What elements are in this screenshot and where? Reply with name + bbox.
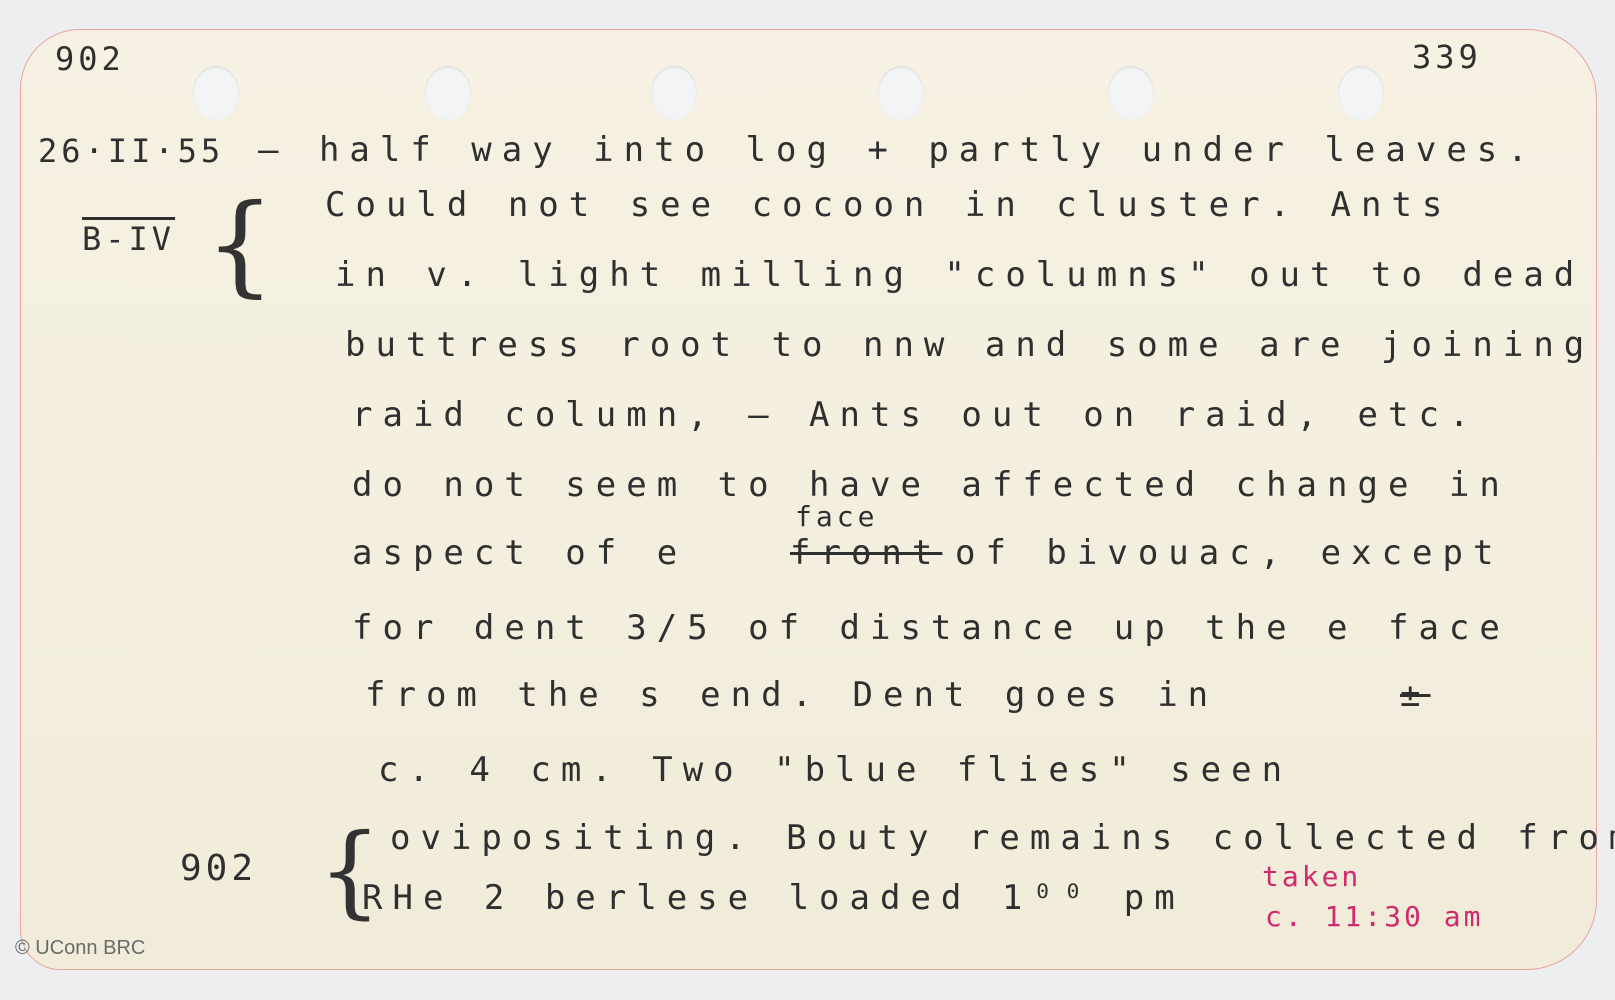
punch-hole	[425, 66, 471, 120]
copyright-credit: © UConn BRC	[15, 937, 145, 960]
punch-hole	[651, 66, 697, 120]
punch-hole	[878, 66, 924, 120]
note-line-8: for dent 3/5 of distance up the e face	[352, 608, 1510, 648]
note-line-7b: of bivouac, except	[955, 533, 1503, 573]
red-annotation-line-1: taken	[1262, 860, 1361, 893]
note-line-1: — half way into log + partly under leave…	[258, 130, 1538, 170]
note-line-5: raid column, — Ants out on raid, etc.	[352, 395, 1479, 435]
brace-icon: {	[205, 180, 275, 308]
side-label: B-IV	[82, 220, 175, 258]
note-line-11: ovipositing. Bouty remains collected fro…	[390, 818, 1615, 858]
punch-hole	[193, 66, 239, 120]
bottom-label: 902	[180, 848, 257, 889]
note-line-7a: aspect of e	[352, 533, 687, 573]
note-line-9: from the s end. Dent goes in	[365, 675, 1218, 715]
inserted-word: face	[795, 500, 878, 533]
entry-date: 26·II·55	[38, 132, 224, 170]
punch-hole	[1108, 66, 1154, 120]
note-line-6: do not seem to have affected change in	[352, 465, 1510, 505]
note-line-10: c. 4 cm. Two "blue flies" seen	[378, 750, 1292, 790]
note-line-12: RHe 2 berlese loaded 1⁰⁰ pm	[362, 878, 1185, 918]
struck-mark: ±	[1400, 675, 1430, 715]
struck-word: front	[790, 533, 942, 573]
corner-number-right: 339	[1412, 38, 1482, 76]
punch-hole	[1338, 66, 1384, 120]
note-line-4: buttress root to nnw and some are joinin…	[345, 325, 1594, 365]
note-line-3: in v. light milling "columns" out to dea…	[335, 255, 1584, 295]
red-annotation-line-2: c. 11:30 am	[1265, 900, 1483, 933]
corner-number-left: 902	[55, 40, 125, 78]
note-line-2: Could not see cocoon in cluster. Ants	[325, 185, 1452, 225]
